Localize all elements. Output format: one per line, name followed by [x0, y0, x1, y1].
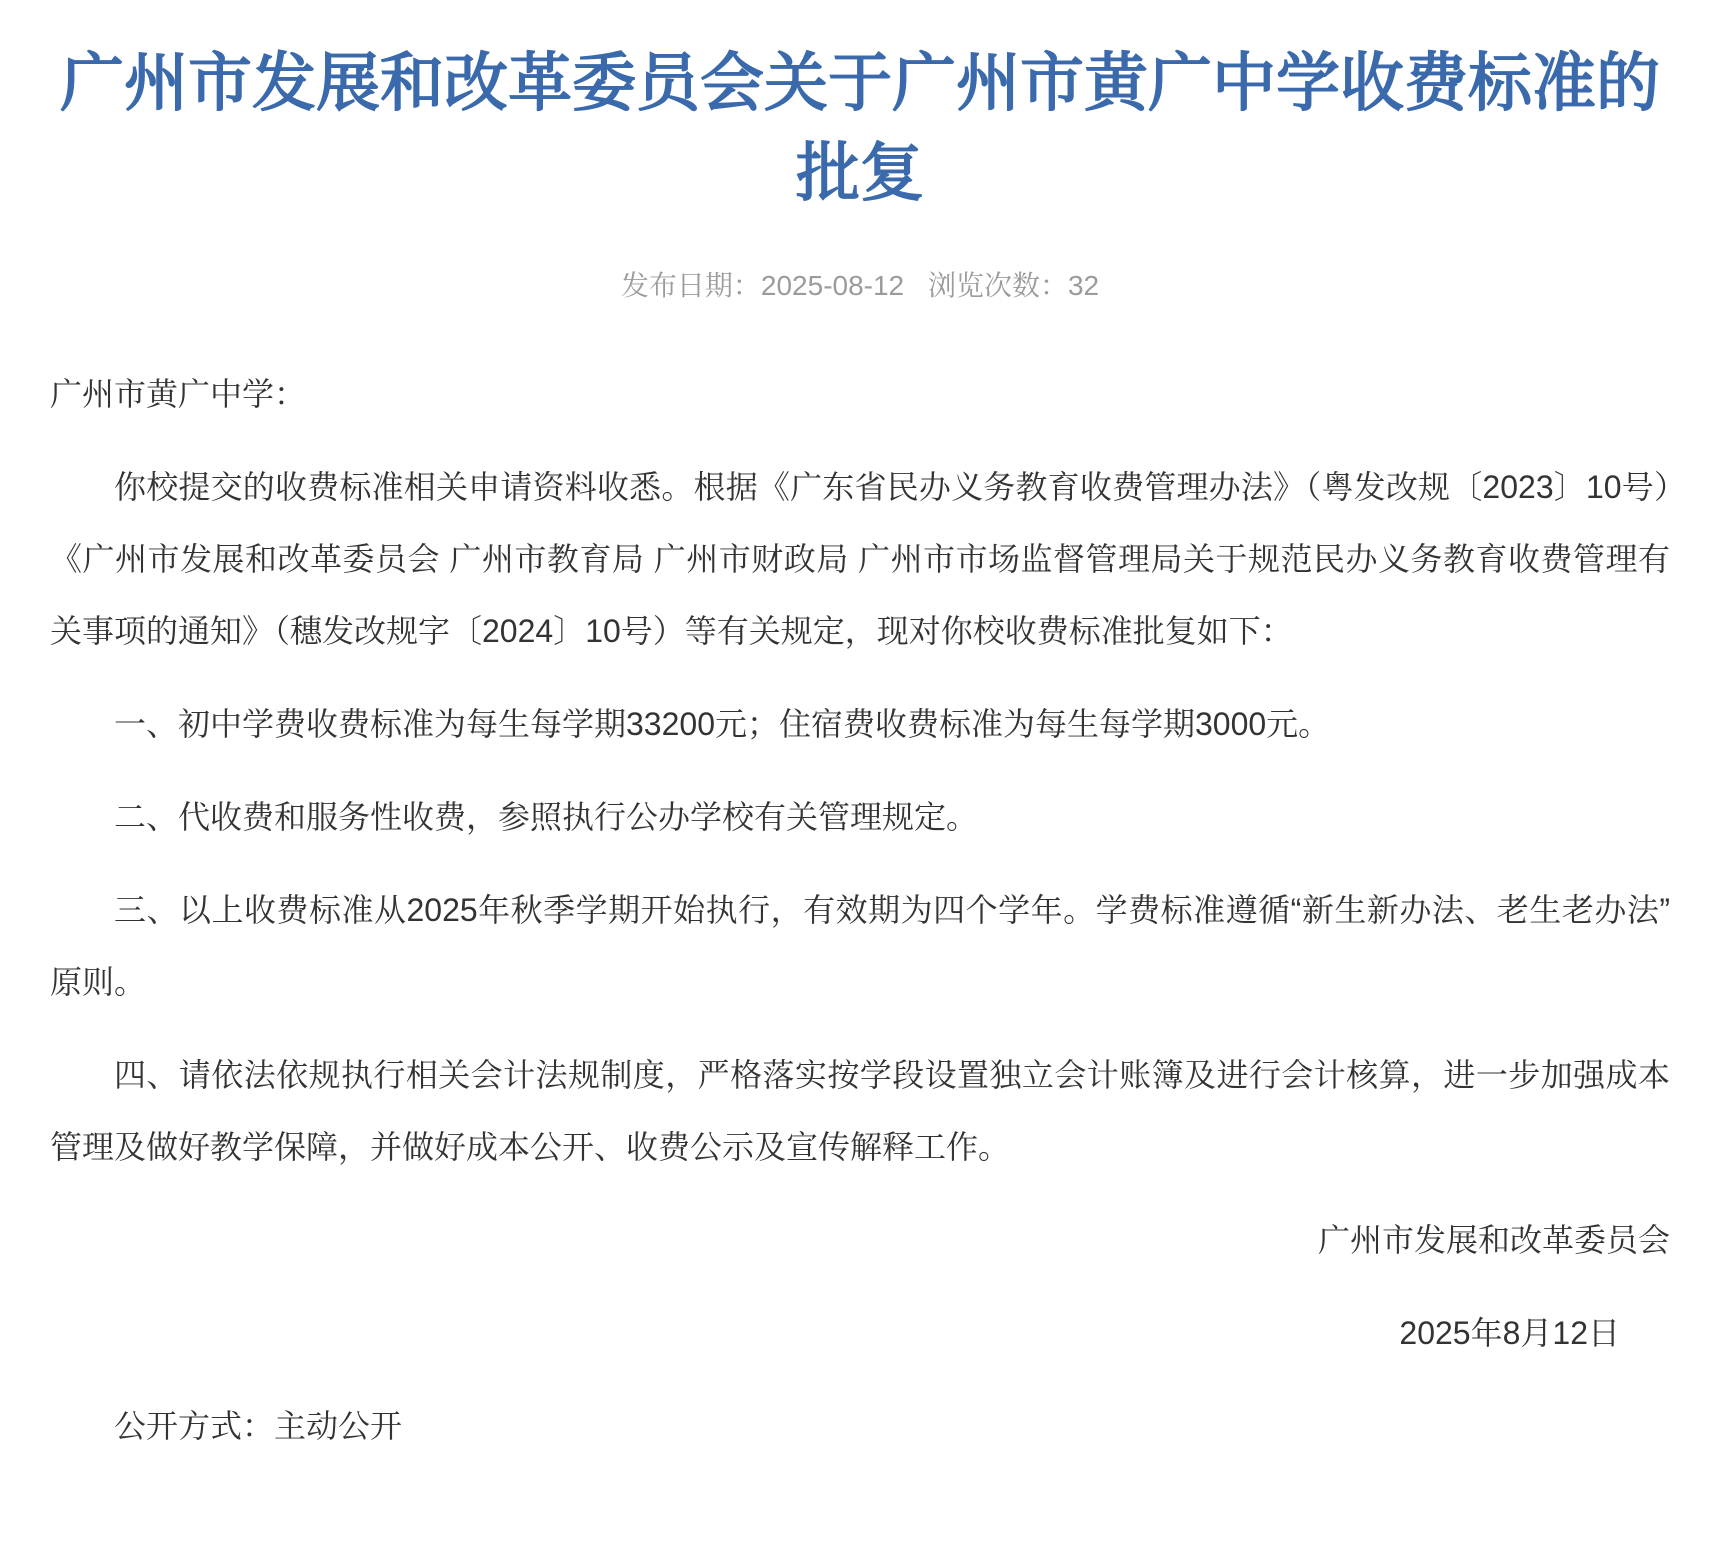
salutation: 广州市黄广中学： [50, 358, 1670, 430]
publish-date-value: 2025-08-12 [761, 270, 904, 301]
document-meta: 发布日期：2025-08-12浏览次数：32 [50, 264, 1670, 308]
views-value: 32 [1068, 270, 1099, 301]
approval-document: 广州市发展和改革委员会关于广州市黄广中学收费标准的批复 发布日期：2025-08… [0, 0, 1720, 1543]
disclosure-method: 公开方式：主动公开 [50, 1390, 1670, 1462]
paragraph-intro: 你校提交的收费标准相关申请资料收悉。根据《广东省民办义务教育收费管理办法》（粤发… [50, 451, 1670, 667]
paragraph-item-4-accounting: 四、请依法依规执行相关会计法规制度，严格落实按学段设置独立会计账簿及进行会计核算… [50, 1039, 1670, 1183]
paragraph-item-1-tuition: 一、初中学费收费标准为每生每学期33200元；住宿费收费标准为每生每学期3000… [50, 688, 1670, 760]
views-label: 浏览次数： [928, 270, 1068, 301]
publish-date-label: 发布日期： [621, 270, 761, 301]
paragraph-item-2-service-fees: 二、代收费和服务性收费，参照执行公办学校有关管理规定。 [50, 781, 1670, 853]
signature-agency: 广州市发展和改革委员会 [50, 1204, 1670, 1276]
signature-date: 2025年8月12日 [50, 1297, 1670, 1369]
paragraph-item-3-effective-period: 三、以上收费标准从2025年秋季学期开始执行，有效期为四个学年。学费标准遵循“新… [50, 874, 1670, 1018]
document-title: 广州市发展和改革委员会关于广州市黄广中学收费标准的批复 [50, 38, 1670, 218]
